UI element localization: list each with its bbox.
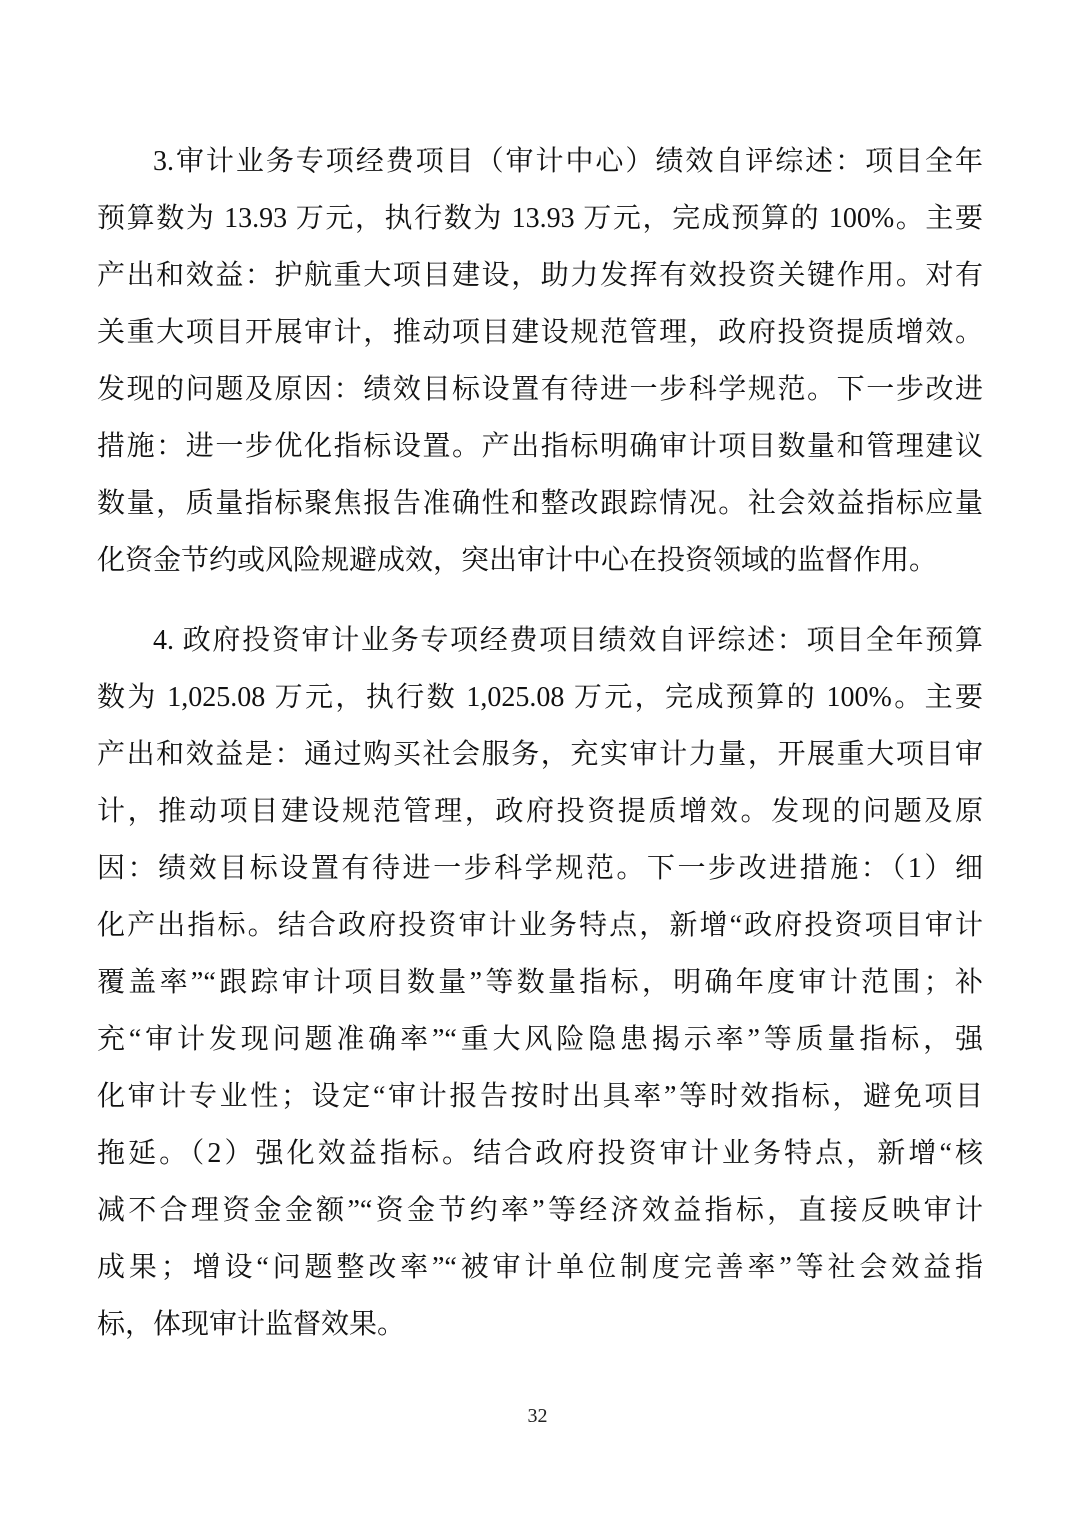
text-line: 化资金节约或风险规避成效，突出审计中心在投资领域的监督作用。: [97, 532, 983, 589]
text-line: 充“审计发现问题准确率”“重大风险隐患揭示率”等质量指标，强: [97, 1011, 983, 1068]
text-line: 化审计专业性；设定“审计报告按时出具率”等时效指标，避免项目: [97, 1068, 983, 1125]
text-line: 化产出指标。结合政府投资审计业务特点，新增“政府投资项目审计: [97, 897, 983, 954]
text-line: 因：绩效目标设置有待进一步科学规范。下一步改进措施：（1）细: [97, 840, 983, 897]
text-line: 3.审计业务专项经费项目（审计中心）绩效自评综述：项目全年: [97, 133, 983, 190]
page-footer: 32: [0, 1401, 1075, 1431]
text-line: 数为 1,025.08 万元，执行数 1,025.08 万元，完成预算的 100…: [97, 669, 983, 726]
text-line: 拖延。（2）强化效益指标。结合政府投资审计业务特点，新增“核: [97, 1125, 983, 1182]
paragraph-item-4: 4. 政府投资审计业务专项经费项目绩效自评综述：项目全年预算 数为 1,025.…: [97, 612, 983, 1353]
text-line: 产出和效益是：通过购买社会服务，充实审计力量，开展重大项目审: [97, 726, 983, 783]
text-line: 发现的问题及原因：绩效目标设置有待进一步科学规范。下一步改进: [97, 361, 983, 418]
document-body: 3.审计业务专项经费项目（审计中心）绩效自评综述：项目全年 预算数为 13.93…: [0, 0, 1075, 1353]
text-line: 标，体现审计监督效果。: [97, 1296, 983, 1353]
text-line: 成果；增设“问题整改率”“被审计单位制度完善率”等社会效益指: [97, 1239, 983, 1296]
text-line: 产出和效益：护航重大项目建设，助力发挥有效投资关键作用。对有: [97, 247, 983, 304]
text-line: 覆盖率”“跟踪审计项目数量”等数量指标，明确年度审计范围；补: [97, 954, 983, 1011]
page-number: 32: [528, 1405, 548, 1427]
text-line: 数量，质量指标聚焦报告准确性和整改跟踪情况。社会效益指标应量: [97, 475, 983, 532]
text-line: 4. 政府投资审计业务专项经费项目绩效自评综述：项目全年预算: [97, 612, 983, 669]
text-line: 计，推动项目建设规范管理，政府投资提质增效。发现的问题及原: [97, 783, 983, 840]
text-line: 关重大项目开展审计，推动项目建设规范管理，政府投资提质增效。: [97, 304, 983, 361]
text-line: 措施：进一步优化指标设置。产出指标明确审计项目数量和管理建议: [97, 418, 983, 475]
paragraph-item-3: 3.审计业务专项经费项目（审计中心）绩效自评综述：项目全年 预算数为 13.93…: [97, 133, 983, 589]
document-page: 3.审计业务专项经费项目（审计中心）绩效自评综述：项目全年 预算数为 13.93…: [0, 0, 1075, 1520]
text-line: 减不合理资金金额”“资金节约率”等经济效益指标，直接反映审计: [97, 1182, 983, 1239]
text-line: 预算数为 13.93 万元，执行数为 13.93 万元，完成预算的 100%。主…: [97, 190, 983, 247]
